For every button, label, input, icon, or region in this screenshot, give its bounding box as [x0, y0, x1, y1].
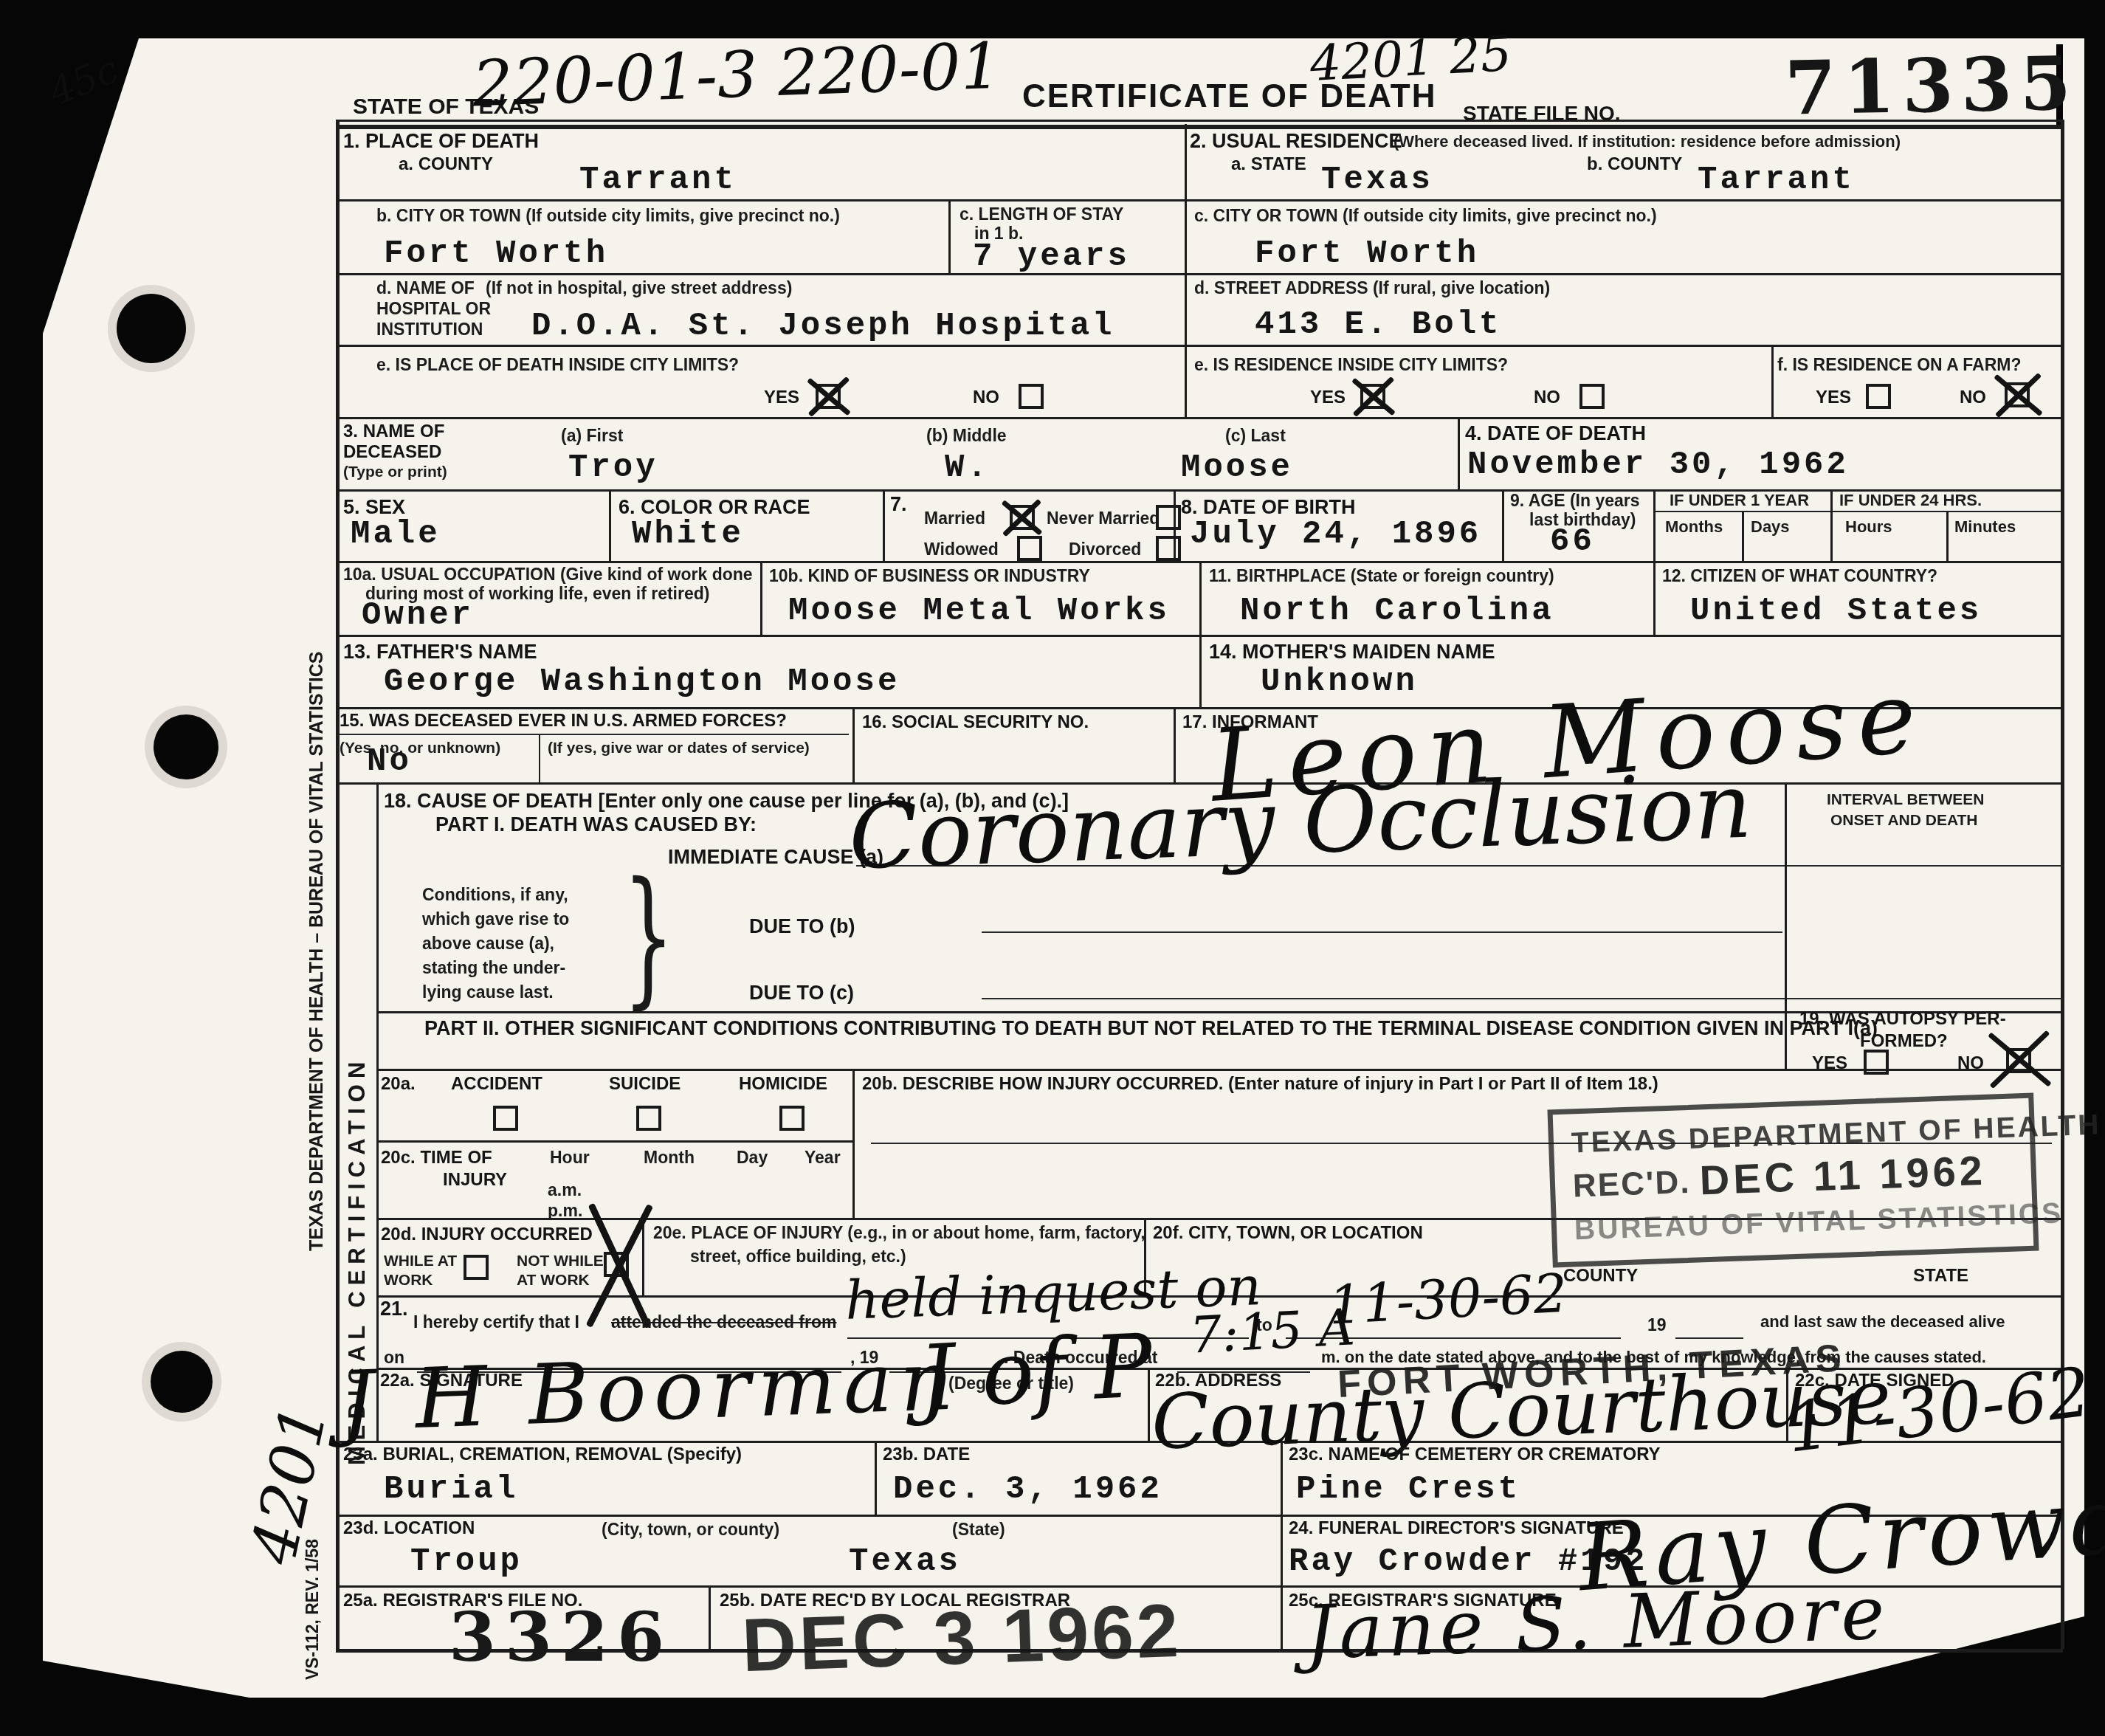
s2f-yes-checkbox: [1866, 384, 1891, 409]
s10a-value: Owner: [362, 599, 474, 632]
s23c-label: 23c. NAME OF CEMETERY OR CREMATORY: [1289, 1445, 1661, 1465]
s20-homicide-label: HOMICIDE: [739, 1075, 827, 1095]
s2d-value: 413 E. Bolt: [1255, 309, 1501, 341]
s21-certify-text: I hereby certify that I: [413, 1314, 579, 1331]
rule: [336, 120, 340, 1649]
s2d-label: d. STREET ADDRESS (If rural, give locati…: [1194, 279, 1550, 297]
rule: [875, 1441, 877, 1515]
s2c-value: Fort Worth: [1255, 238, 1479, 270]
rule: [336, 120, 2063, 122]
s18-due-b-label: DUE TO (b): [749, 915, 855, 937]
s18-cond-line4: stating the under-: [422, 959, 565, 977]
s1d-label3: INSTITUTION: [376, 320, 483, 339]
rule: [1653, 561, 1656, 635]
s8-value: July 24, 1896: [1190, 518, 1481, 551]
s20a-label: 20a.: [381, 1075, 416, 1095]
s1c-value: 7 years: [973, 241, 1130, 273]
rule: [338, 734, 849, 735]
s4-label: 4. DATE OF DEATH: [1465, 422, 1646, 444]
s1a-label: a. COUNTY: [399, 155, 493, 175]
s20c-year-label: Year: [805, 1148, 841, 1167]
s6-value: White: [632, 518, 744, 551]
s10b-label: 10b. KIND OF BUSINESS OR INDUSTRY: [769, 567, 1090, 585]
dept-vertical-label: TEXAS DEPARTMENT OF HEALTH – BUREAU OF V…: [306, 336, 328, 1251]
punch-hole: [154, 714, 218, 779]
rule: [336, 417, 2063, 419]
s15-note1: (Yes, no, or unknown): [340, 740, 500, 757]
scanned-death-certificate: TEXAS DEPARTMENT OF HEALTH – BUREAU OF V…: [0, 0, 2105, 1736]
received-stamp-line1: TEXAS DEPARTMENT OF HEALTH: [1571, 1110, 2101, 1157]
s25b-date-stamp: DEC 3 1962: [740, 1593, 1182, 1684]
rule: [1174, 707, 1176, 782]
s7-divorced-checkbox: [1156, 536, 1181, 561]
s20f-label: 20f. CITY, TOWN, OR LOCATION: [1153, 1224, 1423, 1244]
rule: [982, 998, 2063, 999]
s1e-yes-xmark: [806, 372, 852, 418]
s21-number: 21.: [380, 1298, 408, 1320]
cause-of-death-handwritten: Coronary Occlusion: [848, 768, 1754, 876]
s1d-note: (If not in hospital, give street address…: [486, 279, 792, 297]
s20-homicide-checkbox: [779, 1106, 805, 1131]
punch-hole: [151, 1351, 213, 1413]
rule: [539, 735, 540, 782]
s13-value: George Washington Moose: [384, 666, 900, 698]
s8-label: 8. DATE OF BIRTH: [1181, 496, 1356, 518]
s18-cond-line1: Conditions, if any,: [422, 886, 568, 904]
s4-value: November 30, 1962: [1467, 449, 1849, 481]
rule: [376, 1069, 2063, 1071]
rule: [948, 199, 951, 273]
s1-title: 1. PLACE OF DEATH: [343, 130, 539, 152]
rule: [1199, 561, 1202, 707]
s15-label: 15. WAS DECEASED EVER IN U.S. ARMED FORC…: [340, 712, 787, 731]
punch-hole: [117, 294, 186, 363]
s3-label3: (Type or print): [343, 464, 447, 480]
s9-under24-label: IF UNDER 24 HRS.: [1839, 492, 1982, 509]
s18-interval-label2: ONSET AND DEATH: [1830, 812, 1978, 829]
s2e-no-checkbox: [1579, 384, 1605, 409]
s2e-no-label: NO: [1534, 388, 1560, 408]
s9-days-label: Days: [1751, 518, 1790, 536]
s20f-county-label: COUNTY: [1563, 1267, 1638, 1286]
s6-label: 6. COLOR OR RACE: [619, 496, 810, 518]
s20c-label2: INJURY: [443, 1171, 507, 1191]
s9-label1: 9. AGE (In years: [1510, 492, 1640, 510]
s1e-yes-label: YES: [764, 388, 799, 408]
s15-note2: (If yes, give war or dates of service): [548, 740, 810, 757]
s7-never-label: Never Married: [1047, 509, 1160, 528]
handwritten-district-number: 220-01-3 220-01: [472, 40, 1002, 112]
rule: [1458, 417, 1460, 489]
s20-accident-label: ACCIDENT: [451, 1075, 542, 1095]
s23d-city-value: Troup: [410, 1546, 523, 1578]
rule: [709, 1585, 711, 1649]
s3-label1: 3. NAME OF: [343, 422, 444, 442]
s2a-label: a. STATE: [1231, 155, 1306, 175]
rule: [760, 561, 762, 635]
s18-part2: PART II. OTHER SIGNIFICANT CONDITIONS CO…: [424, 1017, 1878, 1039]
s22-degree-handwritten: J of P: [917, 1329, 1154, 1415]
s20f-state-label: STATE: [1913, 1267, 1968, 1286]
received-stamp-line3: BUREAU OF VITAL STATISTICS: [1574, 1199, 2064, 1244]
rule: [1830, 489, 1833, 561]
s1d-label: d. NAME OF: [376, 279, 475, 297]
rule: [376, 782, 379, 1441]
rule: [1185, 124, 1187, 417]
s23b-value: Dec. 3, 1962: [893, 1473, 1162, 1506]
certifier-signature: J H Boorman: [340, 1346, 962, 1437]
s20b-label: 20b. DESCRIBE HOW INJURY OCCURRED. (Ente…: [862, 1075, 1658, 1095]
s3-last-label: (c) Last: [1225, 427, 1286, 445]
s23d-label: 23d. LOCATION: [343, 1519, 475, 1539]
rule: [336, 199, 2063, 201]
s25a-file-number: 3326: [449, 1603, 673, 1671]
s3-first-value: Troy: [568, 452, 658, 484]
s1b-value: Fort Worth: [384, 238, 608, 270]
rule: [982, 931, 1782, 933]
s20-accident-checkbox: [493, 1106, 518, 1131]
s18-part1: PART I. DEATH WAS CAUSED BY:: [435, 813, 757, 836]
rule: [376, 1140, 852, 1143]
s20c-day-label: Day: [737, 1148, 768, 1167]
s20e-label2: street, office building, etc.): [690, 1247, 906, 1266]
rule: [336, 345, 2063, 347]
s20-suicide-label: SUICIDE: [609, 1075, 681, 1095]
s21-tail1-text: and last saw the deceased alive: [1760, 1314, 2005, 1330]
s20d-label: 20d. INJURY OCCURRED: [381, 1225, 593, 1245]
s3-label2: DECEASED: [343, 443, 441, 463]
s16-label: 16. SOCIAL SECURITY NO.: [862, 713, 1089, 733]
s1d-label2: HOSPITAL OR: [376, 300, 491, 318]
rule: [1502, 489, 1504, 561]
rule: [336, 125, 2063, 129]
s19-no-label: NO: [1957, 1054, 1984, 1074]
rule: [1675, 1337, 1743, 1339]
s20c-month-label: Month: [644, 1148, 695, 1167]
s7-label: 7.: [890, 493, 907, 515]
rule: [883, 489, 885, 561]
s14-label: 14. MOTHER'S MAIDEN NAME: [1209, 641, 1495, 663]
s2a-value: Texas: [1321, 164, 1433, 196]
s2-title: 2. USUAL RESIDENCE: [1190, 130, 1402, 152]
rule: [1742, 511, 1744, 561]
rule: [1281, 1441, 1283, 1649]
s23d-city-note: (City, town, or county): [602, 1520, 779, 1539]
rule: [852, 707, 855, 782]
rule: [1653, 489, 1656, 561]
s11-value: North Carolina: [1240, 595, 1554, 627]
s2f-no-label: NO: [1960, 388, 1986, 408]
s2e-yes-label: YES: [1310, 388, 1346, 408]
s1a-value: Tarrant: [579, 164, 737, 196]
s23a-label: 23a. BURIAL, CREMATION, REMOVAL (Specify…: [343, 1445, 742, 1465]
s1c-label: c. LENGTH OF STAY: [960, 205, 1123, 224]
handwritten-file-number: 4201 25: [1309, 33, 1512, 85]
s9-value: 66: [1550, 526, 1595, 558]
s23c-value: Pine Crest: [1296, 1473, 1520, 1506]
s10a-label1: 10a. USUAL OCCUPATION (Give kind of work…: [343, 565, 753, 584]
s7-widowed-checkbox: [1017, 536, 1042, 561]
s5-label: 5. SEX: [343, 496, 405, 518]
s23b-label: 23b. DATE: [883, 1445, 970, 1465]
s11-label: 11. BIRTHPLACE (State or foreign country…: [1209, 567, 1554, 585]
s15-value: No: [367, 745, 412, 778]
s18-interval-label1: INTERVAL BETWEEN: [1827, 791, 1985, 808]
s2b-value: Tarrant: [1698, 164, 1855, 196]
s24-label: 24. FUNERAL DIRECTOR'S SIGNATURE: [1289, 1519, 1624, 1539]
s2-title-note: (Where deceased lived. If institution: r…: [1393, 133, 1901, 151]
s20d-while-checkbox: [464, 1255, 489, 1280]
s12-value: United States: [1690, 595, 1982, 627]
s3-last-value: Moose: [1181, 452, 1293, 484]
s1e-no-label: NO: [973, 388, 999, 408]
received-stamp-date: DEC 11 1962: [1699, 1150, 1987, 1202]
s21-19a-text: 19: [1647, 1317, 1667, 1334]
s21-handwritten-date: 11-30-62: [1328, 1271, 1568, 1329]
rule: [1653, 511, 2063, 512]
s23a-value: Burial: [384, 1473, 518, 1506]
s7-never-checkbox: [1156, 505, 1181, 530]
s19-no-xmark: [1985, 1024, 2053, 1092]
s19-label1: 19. WAS AUTOPSY PER-: [1799, 1010, 2006, 1030]
s7-widowed-label: Widowed: [924, 540, 999, 559]
s7-married-label: Married: [924, 509, 985, 528]
s3-middle-label: (b) Middle: [926, 427, 1007, 445]
s23d-state-value: Texas: [849, 1546, 961, 1578]
s9-months-label: Months: [1665, 518, 1723, 536]
s14-value: Unknown: [1261, 666, 1418, 698]
s21-struck-text: attended the deceased from: [611, 1314, 836, 1331]
s23d-state-note: (State): [952, 1520, 1005, 1539]
s5-value: Male: [351, 518, 441, 551]
s1e-label: e. IS PLACE OF DEATH INSIDE CITY LIMITS?: [376, 356, 739, 374]
registrar-signature: Jane S. Moore: [1304, 1581, 1890, 1664]
s20e-label1: 20e. PLACE OF INJURY (e.g., in or about …: [653, 1224, 1145, 1242]
rule: [1771, 345, 1774, 417]
s7-married-xmark: [1001, 495, 1044, 537]
rule: [336, 273, 2063, 275]
s20d-notwhile-xmark: [577, 1203, 658, 1329]
s19-label2: FORMED?: [1860, 1032, 1948, 1052]
s18-cond-line5: lying cause last.: [422, 983, 554, 1002]
s20-suicide-checkbox: [636, 1106, 661, 1131]
s20d-while-label1: WHILE AT: [384, 1253, 457, 1270]
s2f-no-xmark: [1993, 368, 2044, 419]
s7-divorced-label: Divorced: [1069, 540, 1141, 559]
s2f-label: f. IS RESIDENCE ON A FARM?: [1777, 356, 2022, 374]
rule: [852, 1069, 855, 1218]
s20c-am-label: a.m.: [548, 1181, 582, 1199]
s18-due-c-label: DUE TO (c): [749, 982, 854, 1004]
rule: [1946, 511, 1949, 561]
s2b-label: b. COUNTY: [1587, 155, 1682, 175]
s1b-label: b. CITY OR TOWN (If outside city limits,…: [376, 207, 840, 225]
s9-minutes-label: Minutes: [1954, 518, 2016, 536]
rule: [609, 489, 611, 561]
s1e-no-checkbox: [1019, 384, 1044, 409]
s20d-while-label2: WORK: [384, 1272, 433, 1289]
s2c-label: c. CITY OR TOWN (If outside city limits,…: [1194, 207, 1657, 225]
stamped-certificate-number: 71335: [1784, 46, 2079, 125]
s12-label: 12. CITIZEN OF WHAT COUNTRY?: [1662, 567, 1937, 585]
received-stamp: TEXAS DEPARTMENT OF HEALTH REC'D. DEC 11…: [1547, 1093, 2039, 1268]
s20c-label1: 20c. TIME OF: [381, 1148, 492, 1168]
s10b-value: Moose Metal Works: [788, 595, 1170, 627]
brace-glyph: }: [623, 864, 675, 1011]
s3-middle-value: W.: [945, 452, 990, 484]
s18-cond-line2: which gave rise to: [422, 910, 569, 929]
received-stamp-recd: REC'D.: [1572, 1166, 1691, 1203]
s19-yes-label: YES: [1812, 1054, 1847, 1074]
s13-label: 13. FATHER'S NAME: [343, 641, 537, 663]
s3-first-label: (a) First: [561, 427, 623, 445]
s19-yes-checkbox: [1864, 1050, 1889, 1075]
s1d-value: D.O.A. St. Joseph Hospital: [531, 310, 1115, 342]
s18-cond-line3: above cause (a),: [422, 934, 554, 953]
s2f-yes-label: YES: [1816, 388, 1851, 408]
s9-under1-label: IF UNDER 1 YEAR: [1670, 492, 1809, 509]
s2e-yes-xmark: [1351, 372, 1396, 418]
s9-hours-label: Hours: [1845, 518, 1892, 536]
s20c-hour-label: Hour: [550, 1148, 590, 1167]
